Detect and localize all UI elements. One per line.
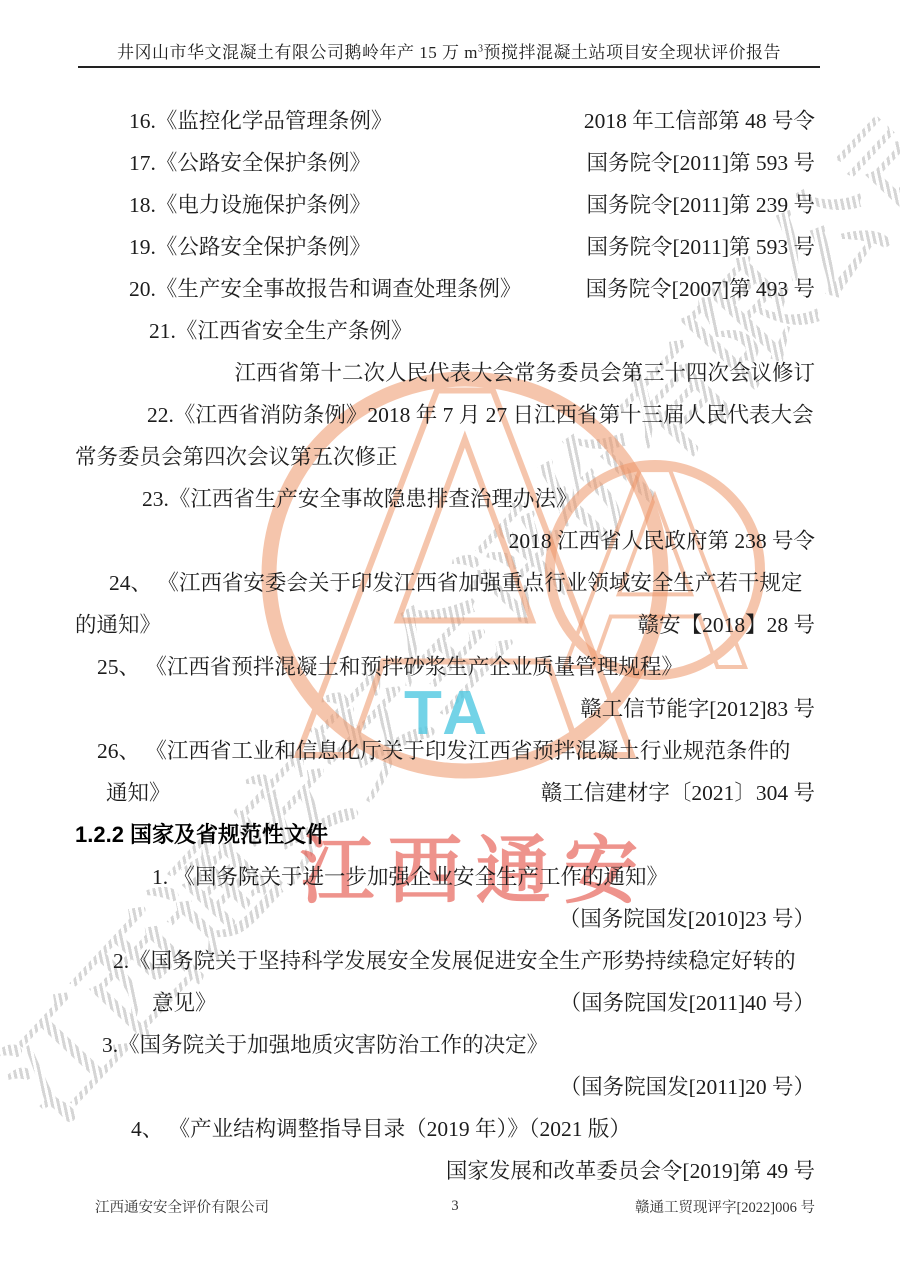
list-item-continuation: 常务委员会第四次会议第五次修正 [75, 434, 815, 476]
list-item: 17.《公路安全保护条例》国务院令[2011]第 593 号 [75, 140, 815, 182]
section-heading: 1.2.2 国家及省规范性文件 [75, 812, 815, 854]
list-item-continuation: 意见》（国务院国发[2011]40 号） [75, 980, 815, 1022]
page-footer: 江西通安安全评价有限公司 3 赣通工贸现评字[2022]006 号 [75, 1196, 815, 1217]
page-number: 3 [335, 1198, 575, 1215]
list-item-continuation: 赣工信节能字[2012]83 号 [75, 686, 815, 728]
list-item-continuation: 国家发展和改革委员会令[2019]第 49 号 [75, 1148, 815, 1190]
list-item-continuation: 江西省第十二次人民代表大会常务委员会第三十四次会议修订 [75, 350, 815, 392]
list-item: 20.《生产安全事故报告和调查处理条例》国务院令[2007]第 493 号 [75, 266, 815, 308]
footer-doc-number: 赣通工贸现评字[2022]006 号 [575, 1196, 815, 1217]
list-item: 24、 《江西省安委会关于印发江西省加强重点行业领域安全生产若干规定 [75, 560, 815, 602]
list-item: 4、 《产业结构调整指导目录（2019 年）》（2021 版） [75, 1106, 815, 1148]
page-header-title: 井冈山市华文混凝土有限公司鹅岭年产 15 万 m3预搅拌混凝土站项目安全现状评价… [78, 38, 820, 63]
list-item: 23.《江西省生产安全事故隐患排查治理办法》 [75, 476, 815, 518]
list-item: 1. 《国务院关于进一步加强企业安全生产工作的通知》 [75, 854, 815, 896]
header-text: 井冈山市华文混凝土有限公司鹅岭年产 15 万 m [117, 43, 478, 62]
list-item: 26、 《江西省工业和信息化厅关于印发江西省预拌混凝土行业规范条件的 [75, 728, 815, 770]
footer-company: 江西通安安全评价有限公司 [75, 1196, 335, 1217]
document-body: 16.《监控化学品管理条例》2018 年工信部第 48 号令 17.《公路安全保… [75, 98, 815, 1190]
list-item-continuation: （国务院国发[2011]20 号） [75, 1064, 815, 1106]
list-item-continuation: （国务院国发[2010]23 号） [75, 896, 815, 938]
document-page: 江西通安安全评价有限公司 A A TA 江西通安 井冈山市华文混凝土有限公司鹅岭… [0, 0, 900, 1272]
list-item: 25、 《江西省预拌混凝土和预拌砂浆生产企业质量管理规程》 [75, 644, 815, 686]
header-divider [78, 66, 820, 68]
list-item: 21.《江西省安全生产条例》 [75, 308, 815, 350]
list-item: 22.《江西省消防条例》2018 年 7 月 27 日江西省第十三届人民代表大会 [75, 392, 815, 434]
list-item-continuation: 2018 江西省人民政府第 238 号令 [75, 518, 815, 560]
list-item: 16.《监控化学品管理条例》2018 年工信部第 48 号令 [75, 98, 815, 140]
list-item: 2.《国务院关于坚持科学发展安全发展促进安全生产形势持续稳定好转的 [75, 938, 815, 980]
list-item-continuation: 通知》赣工信建材字〔2021〕304 号 [75, 770, 815, 812]
list-item-continuation: 的通知》赣安【2018】28 号 [75, 602, 815, 644]
list-item: 19.《公路安全保护条例》国务院令[2011]第 593 号 [75, 224, 815, 266]
list-item: 3.《国务院关于加强地质灾害防治工作的决定》 [75, 1022, 815, 1064]
list-item: 18.《电力设施保护条例》国务院令[2011]第 239 号 [75, 182, 815, 224]
header-text-cont: 预搅拌混凝土站项目安全现状评价报告 [483, 43, 781, 62]
